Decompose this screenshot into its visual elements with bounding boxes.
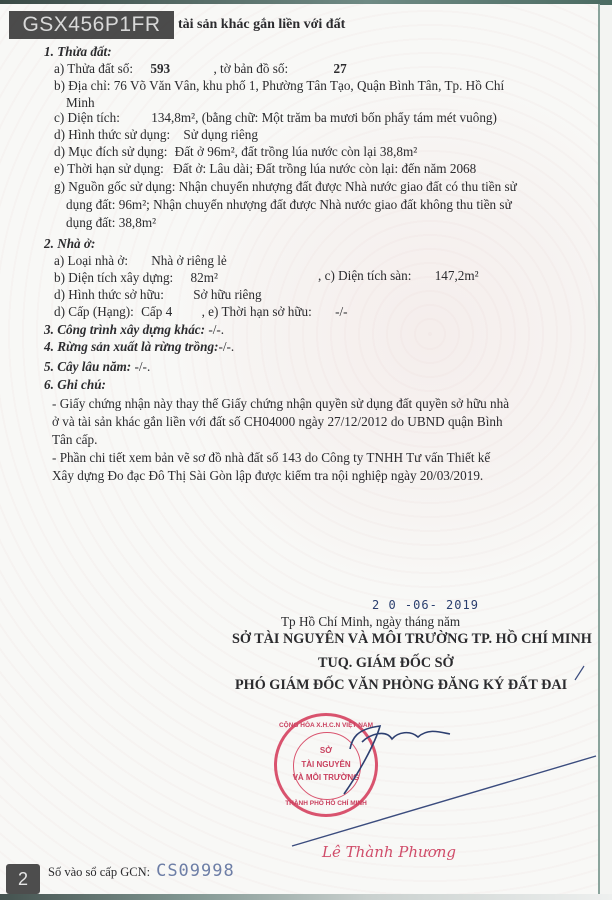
term-row: e) Thời hạn sử dụng: Đất ở: Lâu dài; Đất… xyxy=(54,161,476,177)
other-works-value: -/-. xyxy=(205,322,224,337)
origin-line2: dụng đất: 96m²; Nhận chuyển nhượng đất đ… xyxy=(66,197,512,213)
map-label: , tờ bản đồ số: xyxy=(213,61,288,76)
address-label: b) Địa chỉ: xyxy=(54,78,110,93)
signer-name: Lê Thành Phương xyxy=(322,843,456,861)
house-type-row: a) Loại nhà ở: Nhà ở riêng lẻ xyxy=(54,253,227,269)
purpose-value: Đất ở 96m², đất trồng lúa nước còn lại 3… xyxy=(175,144,418,159)
ownership-term-label: , e) Thời hạn sở hữu: xyxy=(202,304,312,319)
note-line5: Xây dựng Đo đạc Đô Thị Sài Gòn lập được … xyxy=(52,468,483,484)
build-area-value: 82m² xyxy=(191,270,218,285)
term-label: e) Thời hạn sử dụng: xyxy=(54,161,164,176)
term-value: Đất ở: Lâu dài; Đất trồng lúa nước còn l… xyxy=(173,161,476,176)
build-area-row: b) Diện tích xây dựng: 82m² xyxy=(54,270,218,286)
origin-line1: g) Nguồn gốc sử dụng: Nhận chuyển nhượng… xyxy=(54,179,517,195)
parcel-number: 593 xyxy=(150,61,170,76)
grade-row: d) Cấp (Hạng): Cấp 4 , e) Thời hạn sở hữ… xyxy=(54,304,348,320)
map-number: 27 xyxy=(333,61,346,76)
land-parcel-row: a) Thửa đất số: 593 , tờ bản đồ số: 27 xyxy=(54,61,347,77)
gcn-value: CS09998 xyxy=(156,861,235,881)
ownership-term-value: -/- xyxy=(335,304,347,319)
address-row: b) Địa chỉ: 76 Võ Văn Vân, khu phố 1, Ph… xyxy=(54,78,504,94)
other-works-row: 3. Công trình xây dựng khác: -/-. xyxy=(44,322,224,338)
forest-label: 4. Rừng sản xuất là rừng trồng: xyxy=(44,339,218,354)
house-type-value: Nhà ở riêng lẻ xyxy=(151,253,226,268)
perennial-row: 5. Cây lâu năm: -/-. xyxy=(44,359,150,375)
gcn-label: Số vào sổ cấp GCN: xyxy=(48,865,150,879)
forest-row: 4. Rừng sản xuất là rừng trồng:-/-. xyxy=(44,339,234,355)
house-type-label: a) Loại nhà ở: xyxy=(54,253,128,268)
purpose-row: d) Mục đích sử dụng: Đất ở 96m², đất trồ… xyxy=(54,144,417,160)
use-form-row: d) Hình thức sử dụng: Sử dụng riêng xyxy=(54,127,258,143)
perennial-value: -/-. xyxy=(131,359,150,374)
note-line1: - Giấy chứng nhận này thay thế Giấy chứn… xyxy=(52,396,509,412)
house-section-title: 2. Nhà ở: xyxy=(44,236,95,252)
address-line1: 76 Võ Văn Vân, khu phố 1, Phường Tân Tạo… xyxy=(114,78,504,93)
document-page: tài sản khác gắn liền với đất 1. Thửa đấ… xyxy=(0,4,600,894)
seal-top-text: CỘNG HÒA X.H.C.N VIỆT NAM xyxy=(277,722,375,729)
use-form-value: Sử dụng riêng xyxy=(183,127,258,142)
forest-value: -/-. xyxy=(218,339,234,354)
note-line4: - Phần chi tiết xem bản vẽ sơ đồ nhà đất… xyxy=(52,450,490,466)
ownership-row: d) Hình thức sở hữu: Sở hữu riêng xyxy=(54,287,262,303)
date-stamp: 2 0 -06- 2019 xyxy=(372,598,479,612)
page-heading: tài sản khác gắn liền với đất xyxy=(178,17,345,33)
floor-area-value: 147,2m² xyxy=(435,268,479,283)
seal-line1: SỞ xyxy=(277,746,375,755)
official-seal: CỘNG HÒA X.H.C.N VIỆT NAM SỞ TÀI NGUYÊN … xyxy=(274,713,378,817)
grade-value: Cấp 4 xyxy=(141,304,172,319)
signer-title: PHÓ GIÁM ĐỐC VĂN PHÒNG ĐĂNG KÝ ĐẤT ĐAI xyxy=(235,677,567,694)
floor-area-label: , c) Diện tích sàn: xyxy=(318,268,411,283)
on-behalf-title: TUQ. GIÁM ĐỐC SỞ xyxy=(318,655,454,672)
note-line2: ở và tài sản khác gắn liền với đất số CH… xyxy=(52,414,503,430)
issuing-org: SỞ TÀI NGUYÊN VÀ MÔI TRƯỜNG TP. HỒ CHÍ M… xyxy=(232,631,592,648)
grade-label: d) Cấp (Hạng): xyxy=(54,304,134,319)
seal-line3: VÀ MÔI TRƯỜNG xyxy=(277,773,375,782)
page-number-badge[interactable]: 2 xyxy=(6,864,40,894)
build-area-label: b) Diện tích xây dựng: xyxy=(54,270,173,285)
id-tag-overlay: GSX456P1FR xyxy=(9,11,174,39)
address-line2: Minh xyxy=(66,95,95,111)
parcel-label: a) Thửa đất số: xyxy=(54,61,133,76)
seal-line2: TÀI NGUYÊN xyxy=(277,760,375,769)
ownership-label: d) Hình thức sở hữu: xyxy=(54,287,164,302)
origin-line3: dụng đất: 38,8m² xyxy=(66,215,156,231)
perennial-label: 5. Cây lâu năm: xyxy=(44,359,131,374)
ownership-value: Sở hữu riêng xyxy=(193,287,261,302)
notes-section-title: 6. Ghi chú: xyxy=(44,377,106,393)
purpose-label: d) Mục đích sử dụng: xyxy=(54,144,167,159)
gcn-register: Số vào sổ cấp GCN:CS09998 xyxy=(48,861,235,881)
seal-bottom-text: THÀNH PHỐ HỒ CHÍ MINH xyxy=(277,800,375,807)
area-label: c) Diện tích: xyxy=(54,110,120,125)
bottom-edge xyxy=(0,894,612,900)
use-form-label: d) Hình thức sử dụng: xyxy=(54,127,170,142)
place-date: Tp Hồ Chí Minh, ngày tháng năm xyxy=(281,614,460,630)
other-works-label: 3. Công trình xây dựng khác: xyxy=(44,322,205,337)
floor-area-row: , c) Diện tích sàn: 147,2m² xyxy=(318,268,479,284)
area-value: 134,8m², (bằng chữ: Một trăm ba mươi bốn… xyxy=(151,110,497,125)
note-line3: Tân cấp. xyxy=(52,432,97,448)
land-section-title: 1. Thửa đất: xyxy=(44,44,112,60)
area-row: c) Diện tích: 134,8m², (bằng chữ: Một tr… xyxy=(54,110,497,126)
